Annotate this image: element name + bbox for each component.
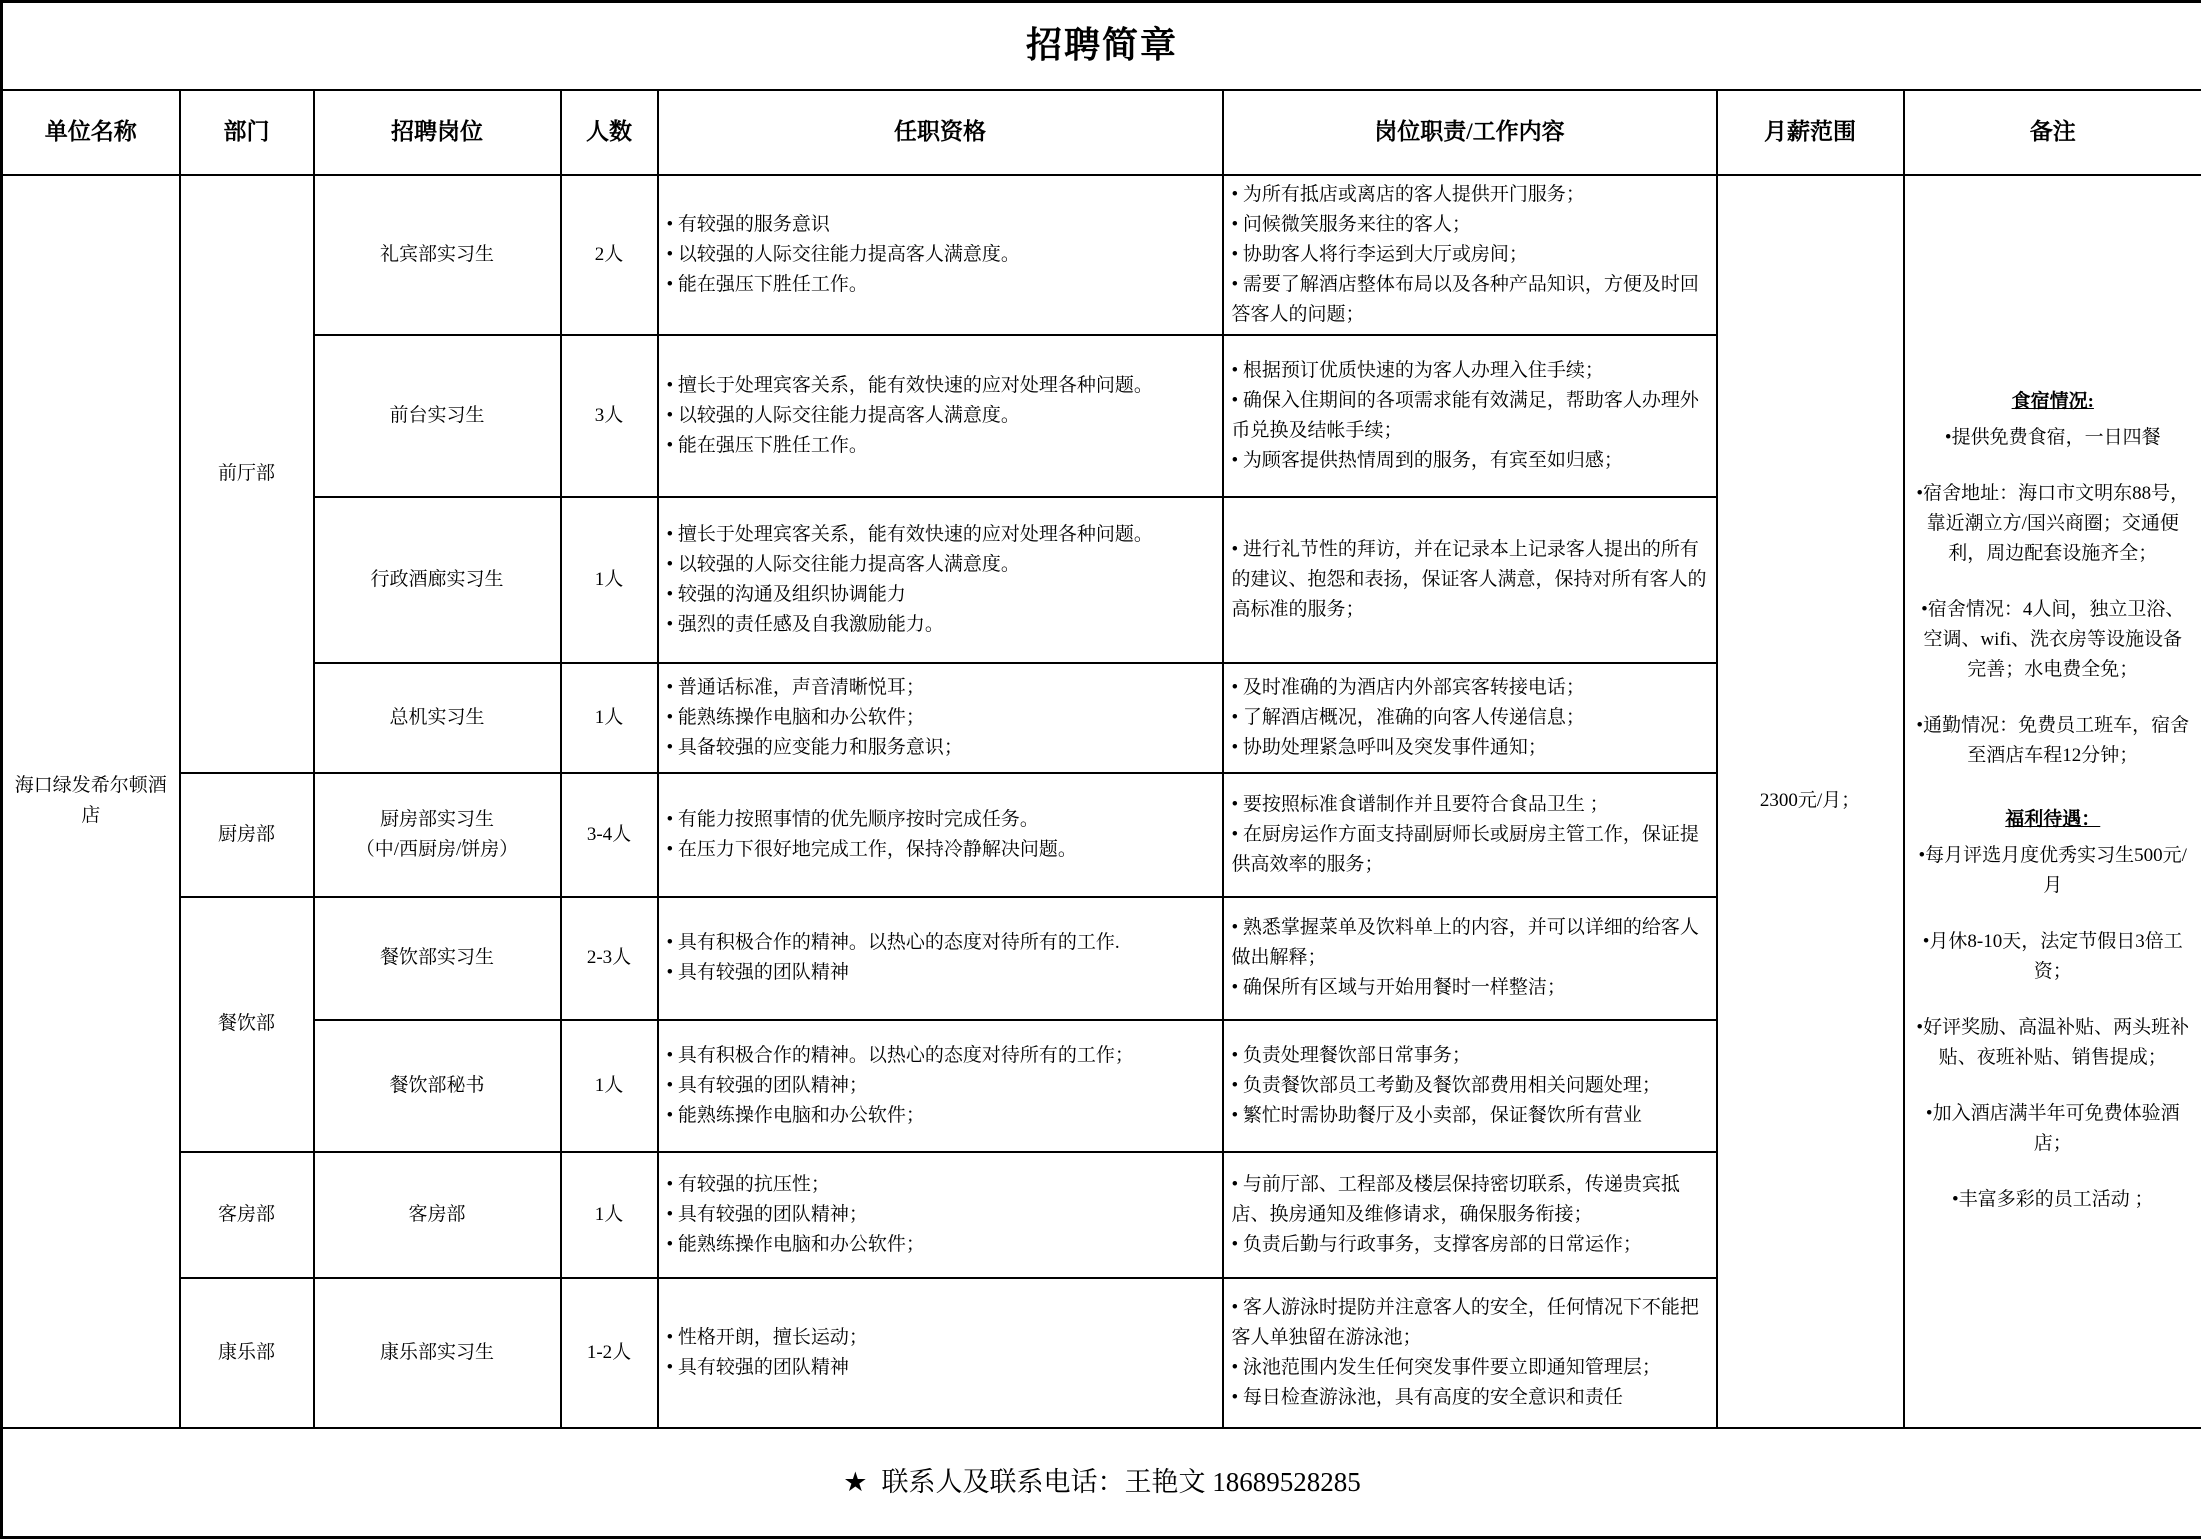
duties-cell: • 负责处理餐饮部日常事务；• 负责餐饮部员工考勤及餐饮部费用相关问题处理；• …	[1223, 1020, 1717, 1152]
bullet-item: • 强烈的责任感及自我激励能力。	[667, 610, 1214, 640]
col-header-duties: 岗位职责/工作内容	[1223, 90, 1717, 175]
count-cell: 3-4人	[561, 773, 658, 897]
bullet-item: • 负责后勤与行政事务，支撑客房部的日常运作；	[1232, 1230, 1708, 1260]
remark-paragraph: •丰富多彩的员工活动 ；	[1915, 1185, 2192, 1215]
bullet-item: • 能在强压下胜任工作。	[667, 270, 1214, 300]
bullet-item: • 与前厅部、工程部及楼层保持密切联系，传递贵宾抵店、换房通知及维修请求，确保服…	[1232, 1170, 1708, 1230]
remark-paragraph: •每月评选月度优秀实习生500元/月	[1915, 841, 2192, 901]
qualification-cell: • 有能力按照事情的优先顺序按时完成任务。• 在压力下很好地完成工作，保持冷静解…	[658, 773, 1223, 897]
bullet-item: • 客人游泳时提防并注意客人的安全，任何情况下不能把客人单独留在游泳池；	[1232, 1293, 1708, 1353]
count-cell: 3人	[561, 335, 658, 497]
col-header-qualification: 任职资格	[658, 90, 1223, 175]
count-cell: 1人	[561, 1020, 658, 1152]
header-row: 单位名称 部门 招聘岗位 人数 任职资格 岗位职责/工作内容 月薪范围 备注	[2, 90, 2201, 175]
recruitment-table: 招聘简章 单位名称 部门 招聘岗位 人数 任职资格 岗位职责/工作内容 月薪范围…	[0, 0, 2201, 1539]
bullet-item: • 需要了解酒店整体布局以及各种产品知识，方便及时回答客人的问题；	[1232, 270, 1708, 330]
title-row: 招聘简章	[2, 2, 2201, 90]
bullet-item: • 具备较强的应变能力和服务意识；	[667, 733, 1214, 763]
bullet-item: • 具有较强的团队精神；	[667, 1200, 1214, 1230]
bullet-item: • 确保入住期间的各项需求能有效满足，帮助客人办理外币兑换及结帐手续；	[1232, 386, 1708, 446]
col-header-position: 招聘岗位	[314, 90, 561, 175]
bullet-item: • 在压力下很好地完成工作，保持冷静解决问题。	[667, 835, 1214, 865]
department-cell: 客房部	[180, 1152, 314, 1278]
salary-cell: 2300元/月；	[1717, 175, 1904, 1428]
position-cell: 康乐部实习生	[314, 1278, 561, 1428]
remark-heading: 福利待遇：	[1915, 805, 2192, 835]
star-icon: ★	[843, 1461, 867, 1504]
position-cell: 前台实习生	[314, 335, 561, 497]
col-header-department: 部门	[180, 90, 314, 175]
qualification-cell: • 性格开朗，擅长运动；• 具有较强的团队精神	[658, 1278, 1223, 1428]
position-cell: 厨房部实习生 （中/西厨房/饼房）	[314, 773, 561, 897]
bullet-item: • 有较强的服务意识	[667, 210, 1214, 240]
bullet-item: • 负责餐饮部员工考勤及餐饮部费用相关问题处理；	[1232, 1071, 1708, 1101]
duties-cell: • 进行礼节性的拜访，并在记录本上记录客人提出的所有的建议、抱怨和表扬，保证客人…	[1223, 497, 1717, 663]
bullet-item: • 以较强的人际交往能力提高客人满意度。	[667, 401, 1214, 431]
bullet-item: • 性格开朗，擅长运动；	[667, 1323, 1214, 1353]
position-cell: 行政酒廊实习生	[314, 497, 561, 663]
bullet-item: • 能熟练操作电脑和办公软件；	[667, 703, 1214, 733]
bullet-item: • 确保所有区域与开始用餐时一样整洁；	[1232, 973, 1708, 1003]
bullet-item: • 较强的沟通及组织协调能力	[667, 580, 1214, 610]
duties-cell: • 与前厅部、工程部及楼层保持密切联系，传递贵宾抵店、换房通知及维修请求，确保服…	[1223, 1152, 1717, 1278]
position-cell: 客房部	[314, 1152, 561, 1278]
unit-name-cell: 海口绿发希尔顿酒店	[2, 175, 180, 1428]
remark-paragraph: •宿舍地址：海口市文明东88号，靠近潮立方/国兴商圈；交通便利，周边配套设施齐全…	[1915, 479, 2192, 569]
contact-footer: ★联系人及联系电话：王艳文 18689528285	[2, 1428, 2201, 1538]
count-cell: 2人	[561, 175, 658, 335]
bullet-item: • 进行礼节性的拜访，并在记录本上记录客人提出的所有的建议、抱怨和表扬，保证客人…	[1232, 535, 1708, 625]
position-cell: 总机实习生	[314, 663, 561, 773]
bullet-item: • 协助处理紧急呼叫及突发事件通知；	[1232, 733, 1708, 763]
position-cell: 餐饮部实习生	[314, 897, 561, 1020]
duties-cell: • 要按照标准食谱制作并且要符合食品卫生 ；• 在厨房运作方面支持副厨师长或厨房…	[1223, 773, 1717, 897]
qualification-cell: • 擅长于处理宾客关系，能有效快速的应对处理各种问题。• 以较强的人际交往能力提…	[658, 497, 1223, 663]
bullet-item: • 具有积极合作的精神。以热心的态度对待所有的工作.	[667, 928, 1214, 958]
bullet-item: • 有较强的抗压性；	[667, 1170, 1214, 1200]
remark-paragraph: •提供免费食宿，一日四餐	[1915, 423, 2192, 453]
bullet-item: • 了解酒店概况，准确的向客人传递信息；	[1232, 703, 1708, 733]
count-cell: 1人	[561, 1152, 658, 1278]
remark-paragraph: •加入酒店满半年可免费体验酒店；	[1915, 1099, 2192, 1159]
bullet-item: • 问候微笑服务来往的客人；	[1232, 210, 1708, 240]
bullet-item: • 能熟练操作电脑和办公软件；	[667, 1230, 1214, 1260]
remark-paragraph: •宿舍情况：4人间，独立卫浴、空调、wifi、洗衣房等设施设备完善；水电费全免；	[1915, 595, 2192, 685]
bullet-item: • 具有较强的团队精神；	[667, 1071, 1214, 1101]
bullet-item: • 及时准确的为酒店内外部宾客转接电话；	[1232, 673, 1708, 703]
qualification-cell: • 具有积极合作的精神。以热心的态度对待所有的工作；• 具有较强的团队精神；• …	[658, 1020, 1223, 1152]
bullet-item: • 为顾客提供热情周到的服务，有宾至如归感；	[1232, 446, 1708, 476]
bullet-item: • 以较强的人际交往能力提高客人满意度。	[667, 240, 1214, 270]
bullet-item: • 在厨房运作方面支持副厨师长或厨房主管工作，保证提供高效率的服务；	[1232, 820, 1708, 880]
count-cell: 2-3人	[561, 897, 658, 1020]
bullet-item: • 根据预订优质快速的为客人办理入住手续；	[1232, 356, 1708, 386]
bullet-item: • 熟悉掌握菜单及饮料单上的内容，并可以详细的给客人做出解释；	[1232, 913, 1708, 973]
qualification-cell: • 具有积极合作的精神。以热心的态度对待所有的工作.• 具有较强的团队精神	[658, 897, 1223, 1020]
bullet-item: • 每日检查游泳池，具有高度的安全意识和责任	[1232, 1383, 1708, 1413]
department-cell: 康乐部	[180, 1278, 314, 1428]
remark-heading: 食宿情况:	[1915, 387, 2192, 417]
bullet-item: • 为所有抵店或离店的客人提供开门服务；	[1232, 180, 1708, 210]
bullet-item: • 负责处理餐饮部日常事务；	[1232, 1041, 1708, 1071]
footer-row: ★联系人及联系电话：王艳文 18689528285	[2, 1428, 2201, 1538]
col-header-remarks: 备注	[1904, 90, 2201, 175]
qualification-cell: • 有较强的抗压性；• 具有较强的团队精神；• 能熟练操作电脑和办公软件；	[658, 1152, 1223, 1278]
bullet-item: • 擅长于处理宾客关系，能有效快速的应对处理各种问题。	[667, 520, 1214, 550]
remark-paragraph: •月休8-10天，法定节假日3倍工资；	[1915, 927, 2192, 987]
bullet-item: • 泳池范围内发生任何突发事件要立即通知管理层；	[1232, 1353, 1708, 1383]
bullet-item: • 具有积极合作的精神。以热心的态度对待所有的工作；	[667, 1041, 1214, 1071]
bullet-item: • 协助客人将行李运到大厅或房间；	[1232, 240, 1708, 270]
remark-section: 食宿情况:•提供免费食宿，一日四餐•宿舍地址：海口市文明东88号，靠近潮立方/国…	[1915, 387, 2192, 771]
remark-section: 福利待遇：•每月评选月度优秀实习生500元/月•月休8-10天，法定节假日3倍工…	[1915, 805, 2192, 1215]
count-cell: 1-2人	[561, 1278, 658, 1428]
table-row: 海口绿发希尔顿酒店 前厅部 礼宾部实习生 2人 • 有较强的服务意识• 以较强的…	[2, 175, 2201, 335]
position-cell: 礼宾部实习生	[314, 175, 561, 335]
col-header-unit: 单位名称	[2, 90, 180, 175]
bullet-item: • 擅长于处理宾客关系，能有效快速的应对处理各种问题。	[667, 371, 1214, 401]
bullet-item: • 普通话标准，声音清晰悦耳；	[667, 673, 1214, 703]
bullet-item: • 能熟练操作电脑和办公软件；	[667, 1101, 1214, 1131]
contact-text: 联系人及联系电话：王艳文 18689528285	[881, 1467, 1360, 1497]
duties-cell: • 及时准确的为酒店内外部宾客转接电话；• 了解酒店概况，准确的向客人传递信息；…	[1223, 663, 1717, 773]
bullet-item: • 有能力按照事情的优先顺序按时完成任务。	[667, 805, 1214, 835]
bullet-item: • 要按照标准食谱制作并且要符合食品卫生 ；	[1232, 790, 1708, 820]
department-cell: 厨房部	[180, 773, 314, 897]
department-cell: 前厅部	[180, 175, 314, 773]
bullet-item: • 具有较强的团队精神	[667, 1353, 1214, 1383]
bullet-item: • 以较强的人际交往能力提高客人满意度。	[667, 550, 1214, 580]
duties-cell: • 客人游泳时提防并注意客人的安全，任何情况下不能把客人单独留在游泳池；• 泳池…	[1223, 1278, 1717, 1428]
qualification-cell: • 擅长于处理宾客关系，能有效快速的应对处理各种问题。• 以较强的人际交往能力提…	[658, 335, 1223, 497]
duties-cell: • 为所有抵店或离店的客人提供开门服务；• 问候微笑服务来往的客人；• 协助客人…	[1223, 175, 1717, 335]
department-cell: 餐饮部	[180, 897, 314, 1152]
remark-paragraph: •好评奖励、高温补贴、两头班补贴、夜班补贴、销售提成；	[1915, 1013, 2192, 1073]
col-header-count: 人数	[561, 90, 658, 175]
qualification-cell: • 普通话标准，声音清晰悦耳；• 能熟练操作电脑和办公软件；• 具备较强的应变能…	[658, 663, 1223, 773]
count-cell: 1人	[561, 497, 658, 663]
position-cell: 餐饮部秘书	[314, 1020, 561, 1152]
bullet-item: • 繁忙时需协助餐厅及小卖部，保证餐饮所有营业	[1232, 1101, 1708, 1131]
remarks-cell: 食宿情况:•提供免费食宿，一日四餐•宿舍地址：海口市文明东88号，靠近潮立方/国…	[1904, 175, 2201, 1428]
page-title: 招聘简章	[2, 2, 2201, 90]
bullet-item: • 能在强压下胜任工作。	[667, 431, 1214, 461]
count-cell: 1人	[561, 663, 658, 773]
duties-cell: • 熟悉掌握菜单及饮料单上的内容，并可以详细的给客人做出解释；• 确保所有区域与…	[1223, 897, 1717, 1020]
remark-paragraph: •通勤情况：免费员工班车，宿舍至酒店车程12分钟；	[1915, 711, 2192, 771]
bullet-item: • 具有较强的团队精神	[667, 958, 1214, 988]
col-header-salary: 月薪范围	[1717, 90, 1904, 175]
qualification-cell: • 有较强的服务意识• 以较强的人际交往能力提高客人满意度。• 能在强压下胜任工…	[658, 175, 1223, 335]
duties-cell: • 根据预订优质快速的为客人办理入住手续；• 确保入住期间的各项需求能有效满足，…	[1223, 335, 1717, 497]
